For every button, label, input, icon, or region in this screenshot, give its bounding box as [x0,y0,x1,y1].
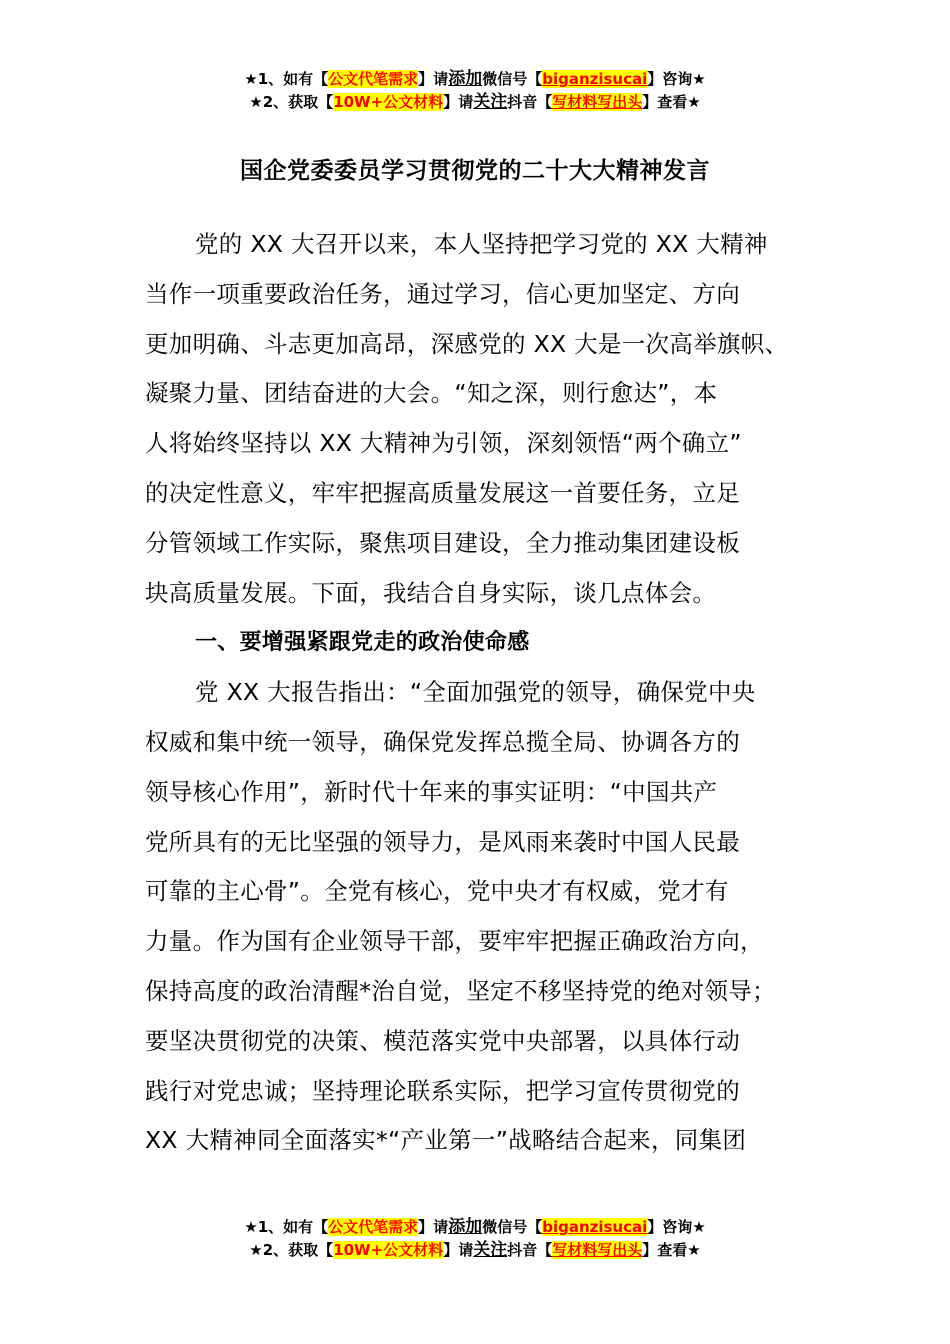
promo-line-1: ★1、如有【公文代笔需求】请添加微信号【biganzisucai】咨询★ [0,1216,950,1239]
promo-line-2: ★2、获取【10W+公文材料】请关注抖音【写材料写出头】查看★ [0,91,950,114]
promo-underlined: 添加 [448,1217,482,1237]
paragraph-line: 力量。作为国有企业领导干部，要牢牢把握正确政治方向， [145,917,825,967]
header-promo-banner: ★1、如有【公文代笔需求】请添加微信号【biganzisucai】咨询★ ★2、… [0,68,950,114]
promo-highlight: 公文代笔需求 [328,1218,418,1236]
promo-highlight: 10W+公文材料 [333,93,443,111]
paragraph-line: 的决定性意义，牢牢把握高质量发展这一首要任务，立足 [145,469,825,519]
promo-douyin-id: 写材料写出头 [552,1241,642,1259]
paragraph-line: 分管领域工作实际，聚焦项目建设，全力推动集团建设板 [145,519,825,569]
promo-highlight: 10W+公文材料 [333,1241,443,1259]
promo-underlined: 关注 [473,92,507,112]
paragraph-line: 党所具有的无比坚强的领导力，是风雨来袭时中国人民最 [145,818,825,868]
promo-text: ★1、如有【 [244,70,328,88]
promo-text: 抖音【 [507,1241,552,1259]
promo-text: ★2、获取【 [249,1241,333,1259]
paragraph-line: XX 大精神同全面落实*“产业第一”战略结合起来，同集团 [145,1116,825,1166]
promo-text: ★2、获取【 [249,93,333,111]
promo-text: 】咨询★ [647,70,705,88]
document-body: 党的 XX 大召开以来，本人坚持把学习党的 XX 大精神 当作一项重要政治任务，… [145,220,825,1166]
promo-line-1: ★1、如有【公文代笔需求】请添加微信号【biganzisucai】咨询★ [0,68,950,91]
promo-underlined: 关注 [473,1240,507,1260]
promo-text: 】请 [443,93,473,111]
promo-text: 】请 [443,1241,473,1259]
paragraph-line: 可靠的主心骨”。全党有核心，党中央才有权威，党才有 [145,867,825,917]
paragraph-line: 保持高度的政治清醒*治自觉，坚定不移坚持党的绝对领导； [145,967,825,1017]
promo-text: 】查看★ [642,93,700,111]
promo-line-2: ★2、获取【10W+公文材料】请关注抖音【写材料写出头】查看★ [0,1239,950,1262]
paragraph-line: 人将始终坚持以 XX 大精神为引领，深刻领悟“两个确立” [145,419,825,469]
promo-text: ★1、如有【 [244,1218,328,1236]
paragraph-line: 领导核心作用”，新时代十年来的事实证明：“中国共产 [145,768,825,818]
promo-text: 抖音【 [507,93,552,111]
document-title: 国企党委委员学习贯彻党的二十大大精神发言 [0,153,950,189]
promo-douyin-id: 写材料写出头 [552,93,642,111]
promo-text: 】请 [418,70,448,88]
paragraph-line: 更加明确、斗志更加高昂，深感党的 XX 大是一次高举旗帜、 [145,320,825,370]
promo-underlined: 添加 [448,69,482,89]
section-heading: 一、要增强紧跟党走的政治使命感 [145,618,825,668]
paragraph-line: 践行对党忠诚；坚持理论联系实际，把学习宣传贯彻党的 [145,1067,825,1117]
paragraph-line: 权威和集中统一领导，确保党发挥总揽全局、协调各方的 [145,718,825,768]
promo-text: 】请 [418,1218,448,1236]
promo-wechat-id: biganzisucai [542,1218,647,1236]
paragraph-line: 党 XX 大报告指出：“全面加强党的领导，确保党中央 [145,668,825,718]
promo-text: 】查看★ [642,1241,700,1259]
promo-text: 微信号【 [482,70,542,88]
paragraph-line: 党的 XX 大召开以来，本人坚持把学习党的 XX 大精神 [145,220,825,270]
paragraph-line: 当作一项重要政治任务，通过学习，信心更加坚定、方向 [145,270,825,320]
promo-wechat-id: biganzisucai [542,70,647,88]
paragraph-line: 要坚决贯彻党的决策、模范落实党中央部署，以具体行动 [145,1017,825,1067]
promo-text: 】咨询★ [647,1218,705,1236]
paragraph-line: 凝聚力量、团结奋进的大会。“知之深，则行愈达”，本 [145,369,825,419]
promo-highlight: 公文代笔需求 [328,70,418,88]
paragraph-line: 块高质量发展。下面，我结合自身实际，谈几点体会。 [145,569,825,619]
promo-text: 微信号【 [482,1218,542,1236]
footer-promo-banner: ★1、如有【公文代笔需求】请添加微信号【biganzisucai】咨询★ ★2、… [0,1216,950,1262]
